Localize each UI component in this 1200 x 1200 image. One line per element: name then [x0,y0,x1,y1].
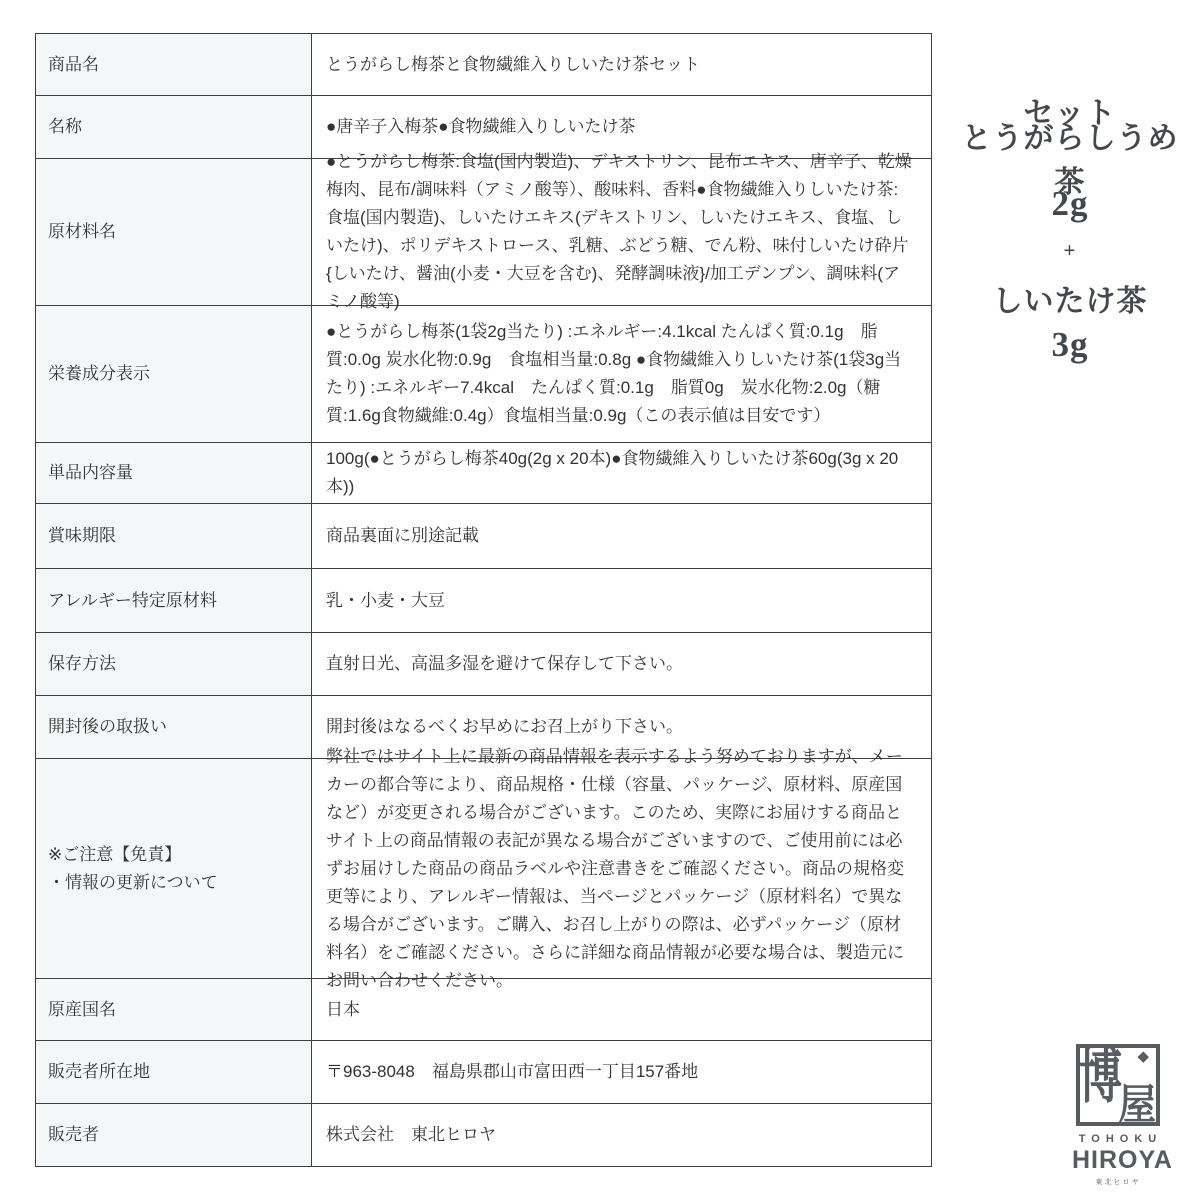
set-description-line: しいたけ茶 [948,274,1192,321]
table-row-seller: 販売者 株式会社 東北ヒロヤ [36,1104,931,1166]
table-row-ingredients: 原材料名 ●とうがらし梅茶:食塩(国内製造)、デキストリン、昆布エキス、唐辛子、… [36,159,931,306]
logo-brand-main: HIROYA [1072,1146,1164,1175]
row-label: 原産国名 [36,979,312,1040]
logo-brand-top: TOHOKU [1072,1133,1164,1145]
row-value: 直射日光、高温多湿を避けて保存して下さい。 [312,633,931,695]
set-description-weight: 3g [948,321,1192,368]
diamond-icon: ◆ [1137,1049,1149,1064]
table-row-seller-address: 販売者所在地 〒963-8048 福島県郡山市富田西一丁目157番地 [36,1041,931,1104]
table-row-nutrition: 栄養成分表示 ●とうがらし梅茶(1袋2g当たり) :エネルギー:4.1kcal … [36,306,931,443]
hiroya-logo: 博 ◆ 屋 TOHOKU HIROYA 東北ヒロヤ [1072,1044,1164,1187]
row-label: 販売者所在地 [36,1041,312,1103]
hiroya-logo-mark-icon: 博 ◆ 屋 [1076,1044,1160,1126]
table-row-content-amount: 単品内容量 100g(●とうがらし梅茶40g(2g x 20本)●食物繊維入りし… [36,443,931,504]
logo-brand-sub: 東北ヒロヤ [1072,1177,1164,1187]
table-row-country-of-origin: 原産国名 日本 [36,979,931,1041]
row-value: 日本 [312,979,931,1040]
table-row-storage: 保存方法 直射日光、高温多湿を避けて保存して下さい。 [36,633,931,696]
plus-sign: + [948,227,1192,274]
row-label: 保存方法 [36,633,312,695]
row-label: 原材料名 [36,159,312,305]
row-label: ※ご注意【免責】 ・情報の更新について [36,759,312,978]
row-value: ●とうがらし梅茶(1袋2g当たり) :エネルギー:4.1kcal たんぱく質:0… [312,306,931,442]
kanji-haku: 博 [1079,1042,1122,1111]
row-value: 株式会社 東北ヒロヤ [312,1104,931,1166]
row-label: 販売者 [36,1104,312,1166]
table-row-disclaimer: ※ご注意【免責】 ・情報の更新について 弊社ではサイト上に最新の商品情報を表示す… [36,759,931,979]
row-label: 賞味期限 [36,504,312,568]
row-label: 栄養成分表示 [36,306,312,442]
row-label: 名称 [36,96,312,158]
table-row-best-before: 賞味期限 商品裏面に別途記載 [36,504,931,569]
row-label: 開封後の取扱い [36,696,312,758]
row-value: ●とうがらし梅茶:食塩(国内製造)、デキストリン、昆布エキス、唐辛子、乾燥梅肉、… [312,159,931,305]
set-description: セット とうがらしうめ茶 2g + しいたけ茶 3g [948,86,1192,368]
table-row-allergens: アレルギー特定原材料 乳・小麦・大豆 [36,569,931,633]
row-value: 100g(●とうがらし梅茶40g(2g x 20本)●食物繊維入りしいたけ茶60… [312,443,931,503]
row-label: 単品内容量 [36,443,312,503]
table-row-product-name: 商品名 とうがらし梅茶と食物繊維入りしいたけ茶セット [36,34,931,96]
kanji-ya: 屋 [1118,1082,1156,1128]
row-value: とうがらし梅茶と食物繊維入りしいたけ茶セット [312,34,931,95]
row-label: 商品名 [36,34,312,95]
row-value: 乳・小麦・大豆 [312,569,931,632]
row-value: 商品裏面に別途記載 [312,504,931,568]
product-spec-table: 商品名 とうがらし梅茶と食物繊維入りしいたけ茶セット 名称 ●唐辛子入梅茶●食物… [35,33,932,1167]
set-description-line: とうがらしうめ茶 [948,133,1192,180]
row-label: アレルギー特定原材料 [36,569,312,632]
row-value: 〒963-8048 福島県郡山市富田西一丁目157番地 [312,1041,931,1103]
row-value: 弊社ではサイト上に最新の商品情報を表示するよう努めておりますが、メーカーの都合等… [312,759,931,978]
